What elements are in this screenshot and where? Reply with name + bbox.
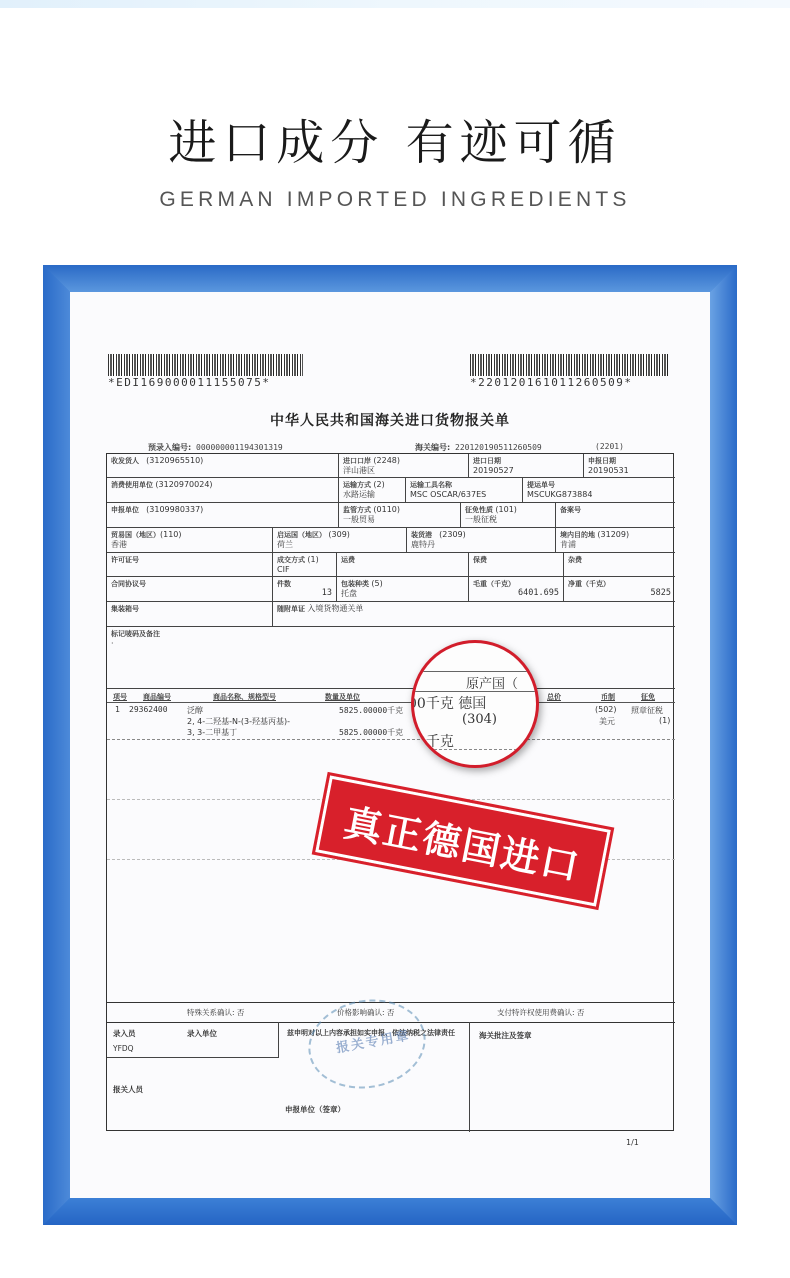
- barcode-right: [470, 354, 668, 376]
- goods-currency: 美元: [599, 716, 615, 727]
- frame-bevel-bottom: [43, 1198, 737, 1225]
- field-levy-nature: 征免性质 (101)一般征税: [461, 503, 556, 528]
- goods-header-levy: 征免: [641, 692, 655, 702]
- goods-header-divider: [107, 702, 675, 703]
- magnifier-line3: 00千克: [411, 731, 454, 751]
- field-pieces: 件数13: [273, 577, 337, 602]
- field-gross-weight: 毛重（千克）6401.695: [469, 577, 564, 602]
- frame-bevel-top: [43, 265, 737, 292]
- goods-levy: 照章征税: [631, 705, 663, 716]
- customs-approval-border: [469, 1022, 470, 1132]
- field-freight: 运费: [337, 553, 469, 577]
- field-net-weight: 净重（千克）5825: [564, 577, 675, 602]
- field-attached-docs: 随附单证 入境货物通关单: [273, 602, 675, 627]
- field-deal-mode: 成交方式 (1)CIF: [273, 553, 337, 577]
- field-marks: 标记唛码及备注·: [107, 627, 675, 689]
- goods-header-name: 商品名称、规格型号: [213, 692, 276, 702]
- field-consumer: 消费使用单位 (3120970024): [107, 478, 339, 503]
- magnifier-header: 原产国（: [466, 673, 518, 692]
- goods-header-quantity: 数量及单位: [325, 692, 360, 702]
- goods-header-item-no: 项号: [113, 692, 127, 702]
- field-record-no: 备案号: [556, 503, 675, 528]
- declarant-unit-label: 申报单位（签章）: [285, 1104, 345, 1115]
- royalty-confirm: 支付特许权使用费确认: 否: [497, 1007, 584, 1018]
- field-vessel: 运输工具名称MSC OSCAR/637ES: [406, 478, 523, 503]
- magnifier-line-top: [414, 671, 539, 672]
- barcode-right-number: *220120161011260509*: [470, 376, 632, 389]
- field-transport-mode: 运输方式 (2)水路运输: [339, 478, 406, 503]
- special-relation-confirm: 特殊关系确认: 否: [187, 1007, 244, 1018]
- goods-header-total: 总价: [547, 692, 561, 702]
- page-number: 1/1: [626, 1138, 630, 1148]
- field-license: 许可证号: [107, 553, 273, 577]
- field-package: 包装种类 (5)托盘: [337, 577, 469, 602]
- customs-no-value: 220120190511260509: [455, 443, 542, 452]
- preentry-number: 预录入编号: 000000001194301319: [148, 442, 283, 453]
- customs-number: 海关编号: 220120190511260509: [415, 442, 542, 453]
- field-import-port: 进口口岸 (2248)洋山港区: [339, 454, 469, 478]
- field-consignee: 收发货人 (3120965510): [107, 454, 339, 478]
- goods-currency-code: (502): [595, 705, 617, 714]
- goods-levy-code: (1): [659, 716, 670, 725]
- goods-header-hs-code: 商品编号: [143, 692, 171, 702]
- field-misc: 杂费: [564, 553, 675, 577]
- customs-no-label: 海关编号:: [415, 443, 450, 452]
- field-destination: 境内目的地 (31209)肯浦: [556, 528, 675, 553]
- top-gradient-strip: [0, 0, 790, 8]
- customs-approval-label: 海关批注及签章: [479, 1030, 532, 1041]
- field-origin-country: 启运国（地区） (309)荷兰: [273, 528, 407, 553]
- customs-code: (2201): [595, 442, 624, 451]
- goods-qty2: 5825.00000千克: [339, 727, 403, 738]
- goods-header-currency: 币制: [601, 692, 615, 702]
- field-declarant: 申报单位 (3109980337): [107, 503, 339, 528]
- page-headline: 进口成分 有迹可循: [0, 104, 790, 173]
- declarant-person-label: 报关人员: [113, 1084, 143, 1095]
- frame-bevel-left: [43, 265, 70, 1225]
- field-contract: 合同协议号: [107, 577, 273, 602]
- field-trade-country: 贸易国（地区）(110)香港: [107, 528, 273, 553]
- goods-hs-code: 29362400: [129, 705, 168, 714]
- frame-bevel-right: [710, 265, 737, 1225]
- barcode-left: [108, 354, 303, 376]
- preentry-value: 000000001194301319: [196, 443, 283, 452]
- field-insurance: 保费: [469, 553, 564, 577]
- magnifier-line-bottom: [414, 749, 539, 750]
- field-container: 集装箱号: [107, 602, 273, 627]
- field-import-date: 进口日期20190527: [469, 454, 584, 478]
- page-subtitle: GERMAN IMPORTED INGREDIENTS: [0, 188, 790, 212]
- goods-spec-line2: 3, 3-二甲基丁: [187, 727, 237, 738]
- magnifier-line-header: [414, 691, 539, 692]
- magnifier-line2: (304): [462, 712, 497, 727]
- preentry-label: 预录入编号:: [148, 443, 191, 452]
- field-bill-no: 提运单号MSCUKG873884: [523, 478, 675, 503]
- magnifier-line1: 00千克 德国: [411, 693, 486, 713]
- document-title: 中华人民共和国海关进口货物报关单: [70, 410, 710, 430]
- barcode-left-number: *EDI169000011155075*: [108, 376, 270, 389]
- goods-row-divider: [107, 739, 675, 740]
- goods-item-no: 1: [115, 705, 120, 714]
- field-supervision: 监管方式 (0110)一般贸易: [339, 503, 461, 528]
- customs-declaration-document: *EDI169000011155075* *220120161011260509…: [70, 292, 710, 1198]
- goods-spec-line1: 2, 4-二羟基-N-(3-羟基丙基)-: [187, 716, 290, 727]
- field-declare-date: 申报日期20190531: [584, 454, 675, 478]
- magnifier-origin-country: 原产国（ 00千克 德国 (304) 00千克: [411, 640, 539, 768]
- entry-box-border: [107, 1022, 279, 1058]
- goods-qty1: 5825.00000千克: [339, 705, 403, 716]
- goods-name: 泛醇: [187, 705, 203, 716]
- field-loading-port: 装货港 (2309)鹿特丹: [407, 528, 556, 553]
- seal-text: 报关专用章: [334, 1025, 411, 1057]
